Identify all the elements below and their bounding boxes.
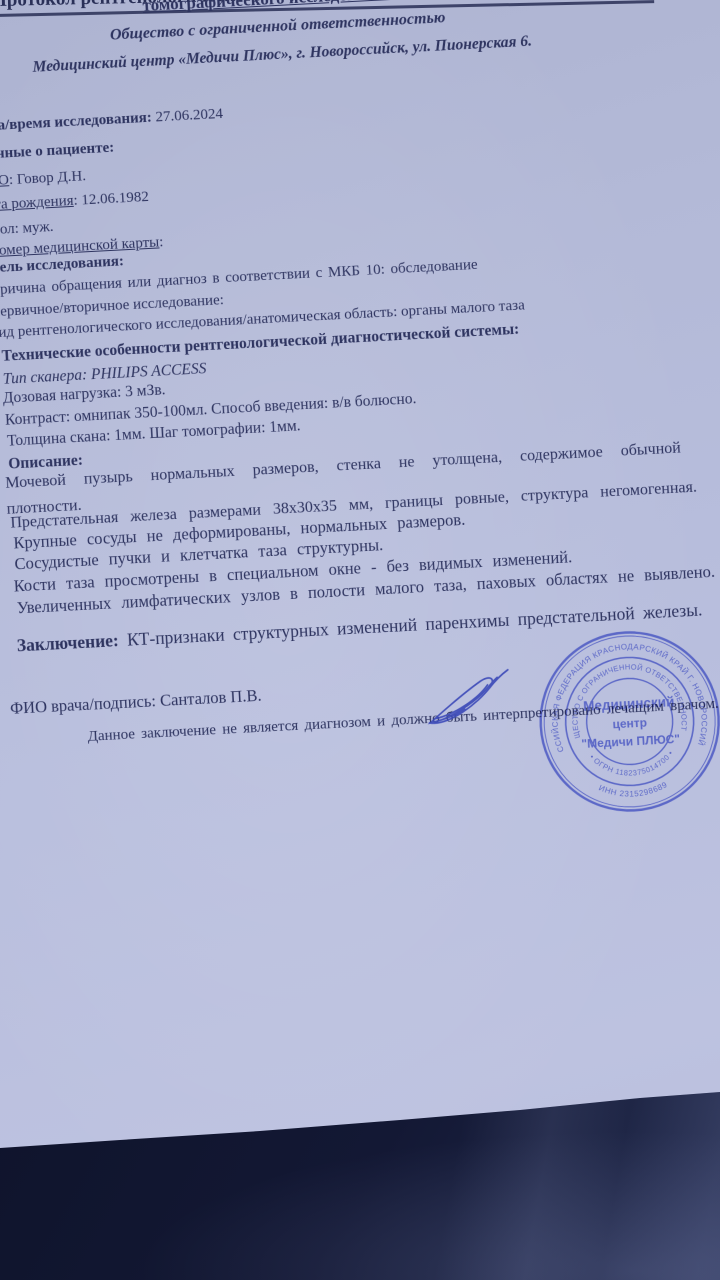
- field-study-date-label: Дата/время исследования:: [0, 110, 152, 135]
- stamp-center-line3: "Медичи ПЛЮС": [581, 732, 680, 751]
- document-body: томографического исследования. Общество …: [0, 0, 720, 1198]
- field-sex: Пол: муж.: [0, 219, 54, 239]
- stamp-center-line1: Медицинский: [583, 694, 675, 714]
- field-study-date: Дата/время исследования: 27.06.2024: [0, 106, 223, 136]
- conclusion-label: Заключение:: [16, 630, 119, 655]
- field-patient-name: ФИО: Говор Д.Н.: [0, 168, 86, 190]
- doctor-signature: [419, 667, 514, 734]
- org-name-line2: Медицинский центр «Медичи Плюс», г. Ново…: [32, 33, 532, 76]
- section-patient-data: Данные о пациенте:: [0, 140, 115, 164]
- clinic-round-stamp: РОССИЙСКАЯ ФЕДЕРАЦИЯ КРАСНОДАРСКИЙ КРАЙ …: [530, 622, 720, 822]
- doctor-name-line: ФИО врача/подпись: Санталов П.В.: [10, 687, 262, 718]
- photographed-paper: Протокол рентгенологического томографиче…: [0, 0, 720, 1280]
- stamp-ring-outer-bottom: ИНН 2315298689: [597, 780, 669, 801]
- field-birth-date-label: Дата рождения: [0, 193, 74, 214]
- field-birth-date: Дата рождения: 12.06.1982: [0, 189, 149, 214]
- field-med-card-colon: :: [159, 234, 164, 250]
- section-description: Описание:: [8, 452, 83, 473]
- field-birth-date-value: : 12.06.1982: [73, 189, 149, 209]
- field-study-date-value: 27.06.2024: [151, 106, 223, 126]
- stamp-center-line2: центр: [612, 716, 647, 732]
- field-patient-name-value: : Говор Д.Н.: [9, 168, 87, 188]
